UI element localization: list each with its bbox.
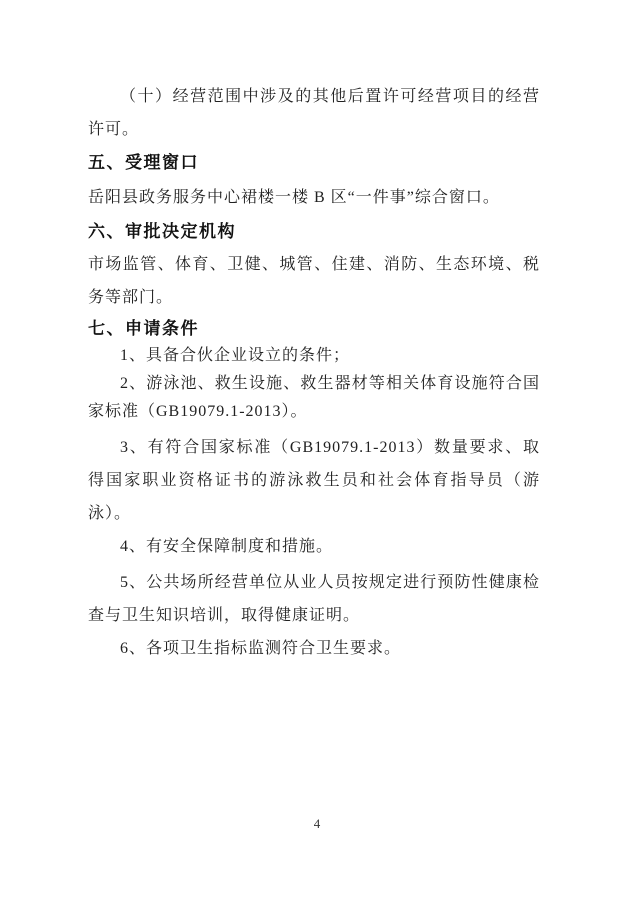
paragraph-accept-window: 岳阳县政务服务中心裙楼一楼 B 区“一件事”综合窗口。 <box>88 181 540 214</box>
paragraph-posthoc-permits: （十）经营范围中涉及的其他后置许可经营项目的经营许可。 <box>88 80 540 146</box>
document-body: （十）经营范围中涉及的其他后置许可经营项目的经营许可。 五、受理窗口 岳阳县政务… <box>88 80 540 665</box>
paragraph-approval-authorities: 市场监管、体育、卫健、城管、住建、消防、生态环境、税务等部门。 <box>88 248 540 314</box>
list-item-3: 3、有符合国家标准（GB19079.1-2013）数量要求、取得国家职业资格证书… <box>88 431 540 530</box>
list-item-5: 5、公共场所经营单位从业人员按规定进行预防性健康检查与卫生知识培训，取得健康证明… <box>88 566 540 632</box>
heading-section-7-application-conditions: 七、申请条件 <box>88 315 540 342</box>
list-item-4: 4、有安全保障制度和措施。 <box>88 530 540 563</box>
list-item-1: 1、具备合伙企业设立的条件； <box>88 342 540 370</box>
page-number: 4 <box>0 816 634 832</box>
list-item-6: 6、各项卫生指标监测符合卫生要求。 <box>88 632 540 665</box>
heading-section-6-approval-authorities: 六、审批决定机构 <box>88 217 540 247</box>
heading-section-5-accept-window: 五、受理窗口 <box>88 148 540 178</box>
document-page: （十）经营范围中涉及的其他后置许可经营项目的经营许可。 五、受理窗口 岳阳县政务… <box>0 0 634 898</box>
list-item-2: 2、游泳池、救生设施、救生器材等相关体育设施符合国家标准（GB19079.1-2… <box>88 370 540 426</box>
